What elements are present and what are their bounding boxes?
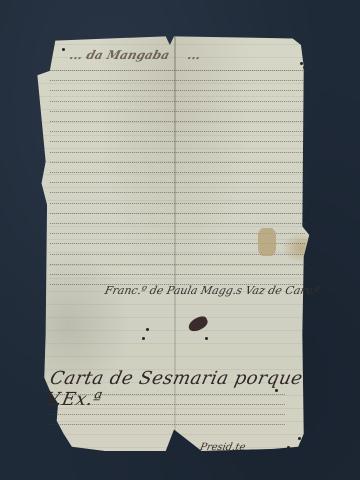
handwritten-line bbox=[50, 109, 306, 112]
handwritten-line bbox=[50, 402, 286, 405]
handwritten-line bbox=[50, 190, 306, 193]
handwritten-line bbox=[50, 170, 306, 173]
handwritten-line bbox=[50, 78, 306, 81]
header-left: ... da Mangaba bbox=[68, 48, 171, 62]
wormhole bbox=[300, 62, 303, 65]
paper-stain bbox=[258, 228, 276, 256]
handwritten-line bbox=[50, 211, 306, 214]
handwritten-line bbox=[50, 180, 306, 183]
wormhole bbox=[146, 328, 149, 331]
handwritten-line bbox=[50, 221, 306, 224]
closing-signature: Presid.te bbox=[199, 442, 247, 453]
handwritten-line bbox=[50, 412, 286, 415]
wormhole bbox=[275, 389, 278, 392]
wormhole bbox=[60, 446, 63, 449]
handwritten-line bbox=[50, 272, 306, 275]
handwritten-line bbox=[50, 88, 306, 91]
handwritten-line bbox=[50, 201, 306, 204]
wormhole bbox=[62, 48, 65, 51]
handwritten-line bbox=[50, 129, 306, 132]
handwritten-line bbox=[50, 392, 286, 395]
wormhole bbox=[205, 337, 208, 340]
wormhole bbox=[303, 66, 306, 69]
handwritten-line bbox=[50, 139, 306, 142]
handwritten-line bbox=[50, 262, 306, 265]
handwritten-line bbox=[50, 99, 306, 102]
handwritten-line bbox=[50, 422, 286, 425]
handwritten-line bbox=[50, 119, 306, 122]
signature-line: Franc.º de Paula Magg.s Vaz de Carv.º bbox=[104, 284, 321, 297]
handwritten-line bbox=[50, 160, 306, 163]
wormhole bbox=[304, 430, 307, 433]
wormhole bbox=[298, 437, 301, 440]
wormhole bbox=[142, 337, 145, 340]
handwritten-line bbox=[50, 150, 306, 153]
wormhole bbox=[287, 446, 290, 449]
handwritten-line bbox=[50, 68, 306, 71]
